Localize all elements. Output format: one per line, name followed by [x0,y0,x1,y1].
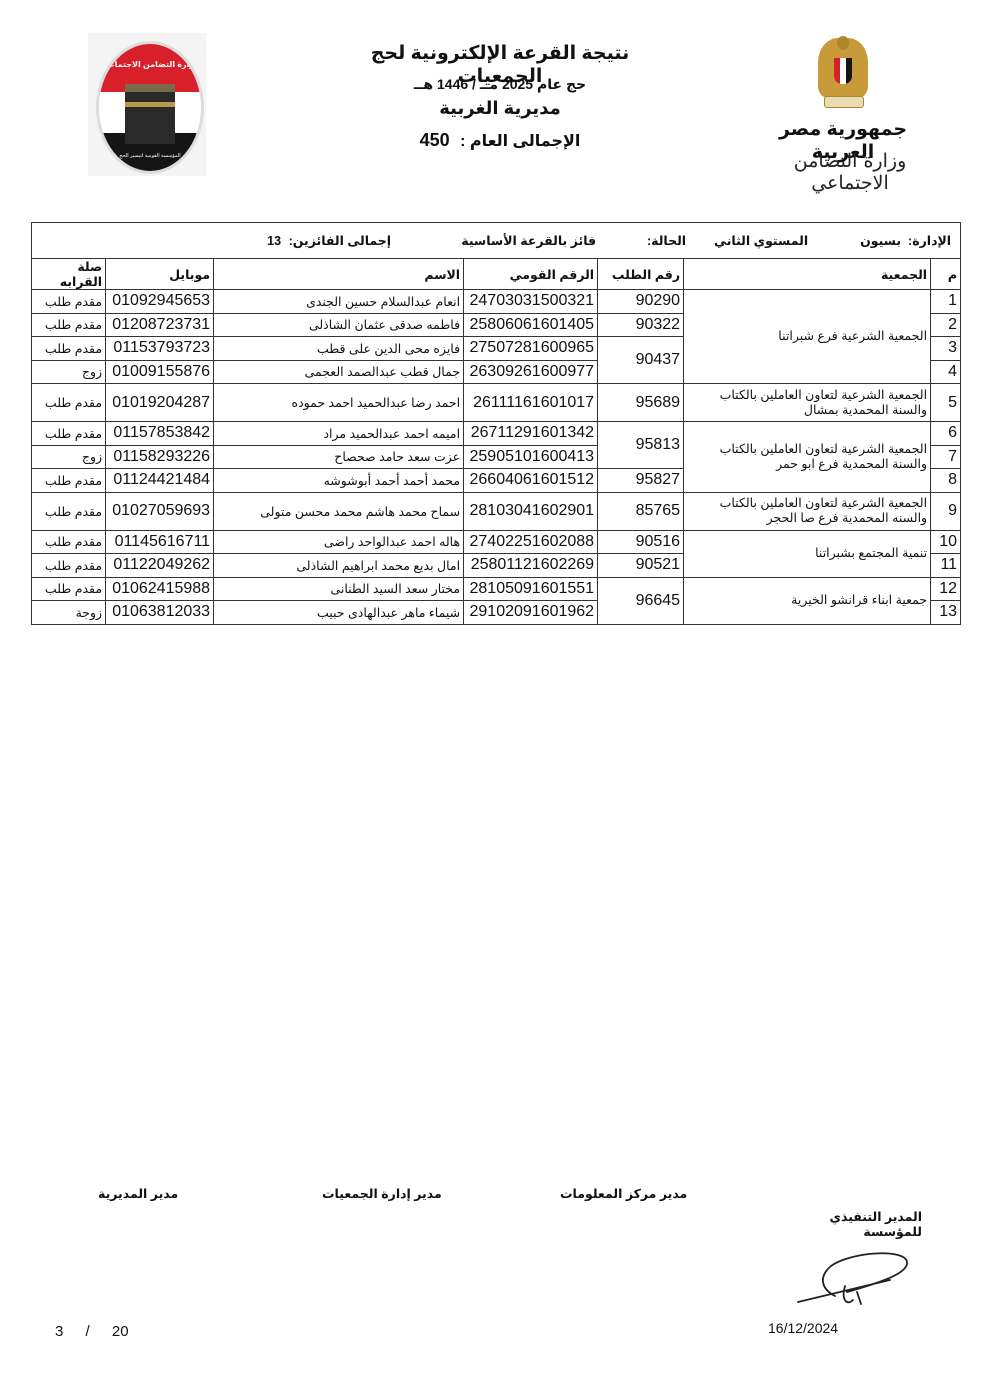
col-name: الاسم [214,259,464,290]
mobile: 01062415988 [106,577,214,601]
mobile: 01063812033 [106,601,214,625]
col-mobile: موبايل [106,259,214,290]
national-id: 28103041602901 [464,492,598,530]
row-index: 2 [931,313,961,337]
grand-total-value: 450 [420,130,450,150]
mobile: 01158293226 [106,445,214,469]
table-header: م الجمعية رقم الطلب الرقم القومي الاسم م… [32,259,961,290]
person-name: امال بديع محمد ابراهيم الشاذلى [214,554,464,578]
mobile: 01019204287 [106,384,214,422]
table-row: 9 الجمعية الشرعية لتعاون العاملين بالكتا… [32,492,961,530]
national-id: 29102091601962 [464,601,598,625]
col-national-id: الرقم القومي [464,259,598,290]
row-index: 3 [931,337,961,361]
relation: مقدم طلب [32,530,106,554]
status-value: فائز بالقرعة الأساسية [391,233,596,248]
person-name: سماح محمد هاشم محمد محسن متولى [214,492,464,530]
mobile: 01208723731 [106,313,214,337]
col-request-no: رقم الطلب [598,259,684,290]
society-cell: الجمعية الشرعية لتعاون العاملين بالكتاب … [684,422,931,493]
relation: مقدم طلب [32,422,106,446]
request-no: 96645 [598,577,684,624]
results-table-container: الإدارة: بسيون المستوي الثاني الحالة: فا… [31,222,960,625]
mobile: 01009155876 [106,360,214,384]
eagle-emblem-icon [818,38,868,110]
person-name: مختار سعد السيد الطنانى [214,577,464,601]
relation: مقدم طلب [32,577,106,601]
person-name: هاله احمد عبدالواحد راضى [214,530,464,554]
national-id: 25905101600413 [464,445,598,469]
table-row: 12 جمعية ابناء قرانشو الخيرية 96645 2810… [32,577,961,601]
sig-exec: المدير التنفيذي للمؤسسة [770,1209,922,1239]
relation: مقدم طلب [32,469,106,493]
person-name: شيماء ماهر عبدالهادى حبيب [214,601,464,625]
row-index: 7 [931,445,961,469]
document-date: 16/12/2024 [768,1320,838,1336]
request-no: 95827 [598,469,684,493]
national-id: 25806061601405 [464,313,598,337]
winners-label: إجمالى الفائزين: [281,233,391,248]
national-id: 25801121602269 [464,554,598,578]
sig-societies: مدير إدارة الجمعيات [322,1186,442,1201]
page-number: 3 / 20 [55,1323,129,1340]
relation: زوجة [32,601,106,625]
winners-value: 13 [267,234,281,248]
national-id: 27507281600965 [464,337,598,361]
row-index: 1 [931,290,961,314]
mobile: 01153793723 [106,337,214,361]
request-no: 95689 [598,384,684,422]
row-index: 6 [931,422,961,446]
request-no: 90516 [598,530,684,554]
sig-info-center: مدير مركز المعلومات [560,1186,687,1201]
row-index: 11 [931,554,961,578]
table-row: 1 الجمعية الشرعية فرع شبراتنا 90290 2470… [32,290,961,314]
society-cell: الجمعية الشرعية لتعاون العاملين بالكتاب … [684,384,931,422]
request-no: 85765 [598,492,684,530]
request-no: 90322 [598,313,684,337]
person-name: فايزه محى الدين على قطب [214,337,464,361]
mobile: 01157853842 [106,422,214,446]
row-index: 12 [931,577,961,601]
person-name: محمد أحمد أحمد أبوشوشه [214,469,464,493]
kaaba-emblem-icon: وزارة التضامن الاجتماعي المؤسسة القومية … [96,41,204,174]
col-m: م [931,259,961,290]
table-row: 5 الجمعية الشرعية لتعاون العاملين بالكتا… [32,384,961,422]
national-id: 26111161601017 [464,384,598,422]
relation: زوج [32,360,106,384]
national-id: 28105091601551 [464,577,598,601]
info-row: الإدارة: بسيون المستوي الثاني الحالة: فا… [32,223,961,259]
mobile: 01145616711 [106,530,214,554]
person-name: انعام عبدالسلام حسين الجندى [214,290,464,314]
mobile: 01122049262 [106,554,214,578]
logo-top-text: وزارة التضامن الاجتماعي [99,60,201,69]
relation: مقدم طلب [32,313,106,337]
request-no: 90521 [598,554,684,578]
national-id: 26309261600977 [464,360,598,384]
person-name: جمال قطب عبدالصمد العجمى [214,360,464,384]
row-index: 13 [931,601,961,625]
society-cell: الجمعية الشرعية لتعاون العاملين بالكتاب … [684,492,931,530]
ministry-name: وزارة التضامن الاجتماعي [770,150,930,194]
society-cell: الجمعية الشرعية فرع شبراتنا [684,290,931,384]
admin-value: بسيون [860,234,901,248]
signature-icon [795,1250,915,1310]
directorate-name: مديرية الغربية [330,98,670,119]
row-index: 5 [931,384,961,422]
page-total: 20 [112,1323,129,1340]
society-cell: جمعية ابناء قرانشو الخيرية [684,577,931,624]
request-no: 90437 [598,337,684,384]
hajj-year: حج عام 2025 مــ / 1446 هــ [330,76,670,93]
national-id: 24703031500321 [464,290,598,314]
national-id: 26711291601342 [464,422,598,446]
person-name: اميمه احمد عبدالحميد مراد [214,422,464,446]
admin-field: الإدارة: بسيون [836,233,957,248]
level-value: المستوي الثاني [686,233,836,248]
sig-directorate: مدير المديرية [98,1186,178,1201]
row-index: 9 [931,492,961,530]
row-index: 4 [931,360,961,384]
person-name: فاطمه صدقى عثمان الشاذلى [214,313,464,337]
relation: مقدم طلب [32,492,106,530]
page-separator: / [86,1323,90,1340]
grand-total-label: الإجمالى العام : [460,133,580,150]
grand-total: الإجمالى العام : 450 [330,130,670,151]
request-no: 95813 [598,422,684,469]
national-id: 26604061601512 [464,469,598,493]
row-index: 10 [931,530,961,554]
row-index: 8 [931,469,961,493]
table-row: 10 تنمية المجتمع بشبراتنا 90516 27402251… [32,530,961,554]
request-no: 90290 [598,290,684,314]
society-cell: تنمية المجتمع بشبراتنا [684,530,931,577]
relation: مقدم طلب [32,290,106,314]
status-label: الحالة: [596,233,686,248]
person-name: احمد رضا عبدالحميد احمد حموده [214,384,464,422]
mobile: 01092945653 [106,290,214,314]
logo-bottom-text: المؤسسة القومية لتيسير الحج [99,153,201,159]
results-table: الإدارة: بسيون المستوي الثاني الحالة: فا… [31,222,961,625]
mobile: 01124421484 [106,469,214,493]
col-society: الجمعية [684,259,931,290]
relation: زوج [32,445,106,469]
relation: مقدم طلب [32,554,106,578]
relation: مقدم طلب [32,337,106,361]
relation: مقدم طلب [32,384,106,422]
national-id: 27402251602088 [464,530,598,554]
hajj-foundation-logo: وزارة التضامن الاجتماعي المؤسسة القومية … [88,33,206,176]
col-relation: صلة القرابه [32,259,106,290]
page-current: 3 [55,1323,63,1340]
mobile: 01027059693 [106,492,214,530]
person-name: عزت سعد حامد صحصاح [214,445,464,469]
table-row: 6 الجمعية الشرعية لتعاون العاملين بالكتا… [32,422,961,446]
